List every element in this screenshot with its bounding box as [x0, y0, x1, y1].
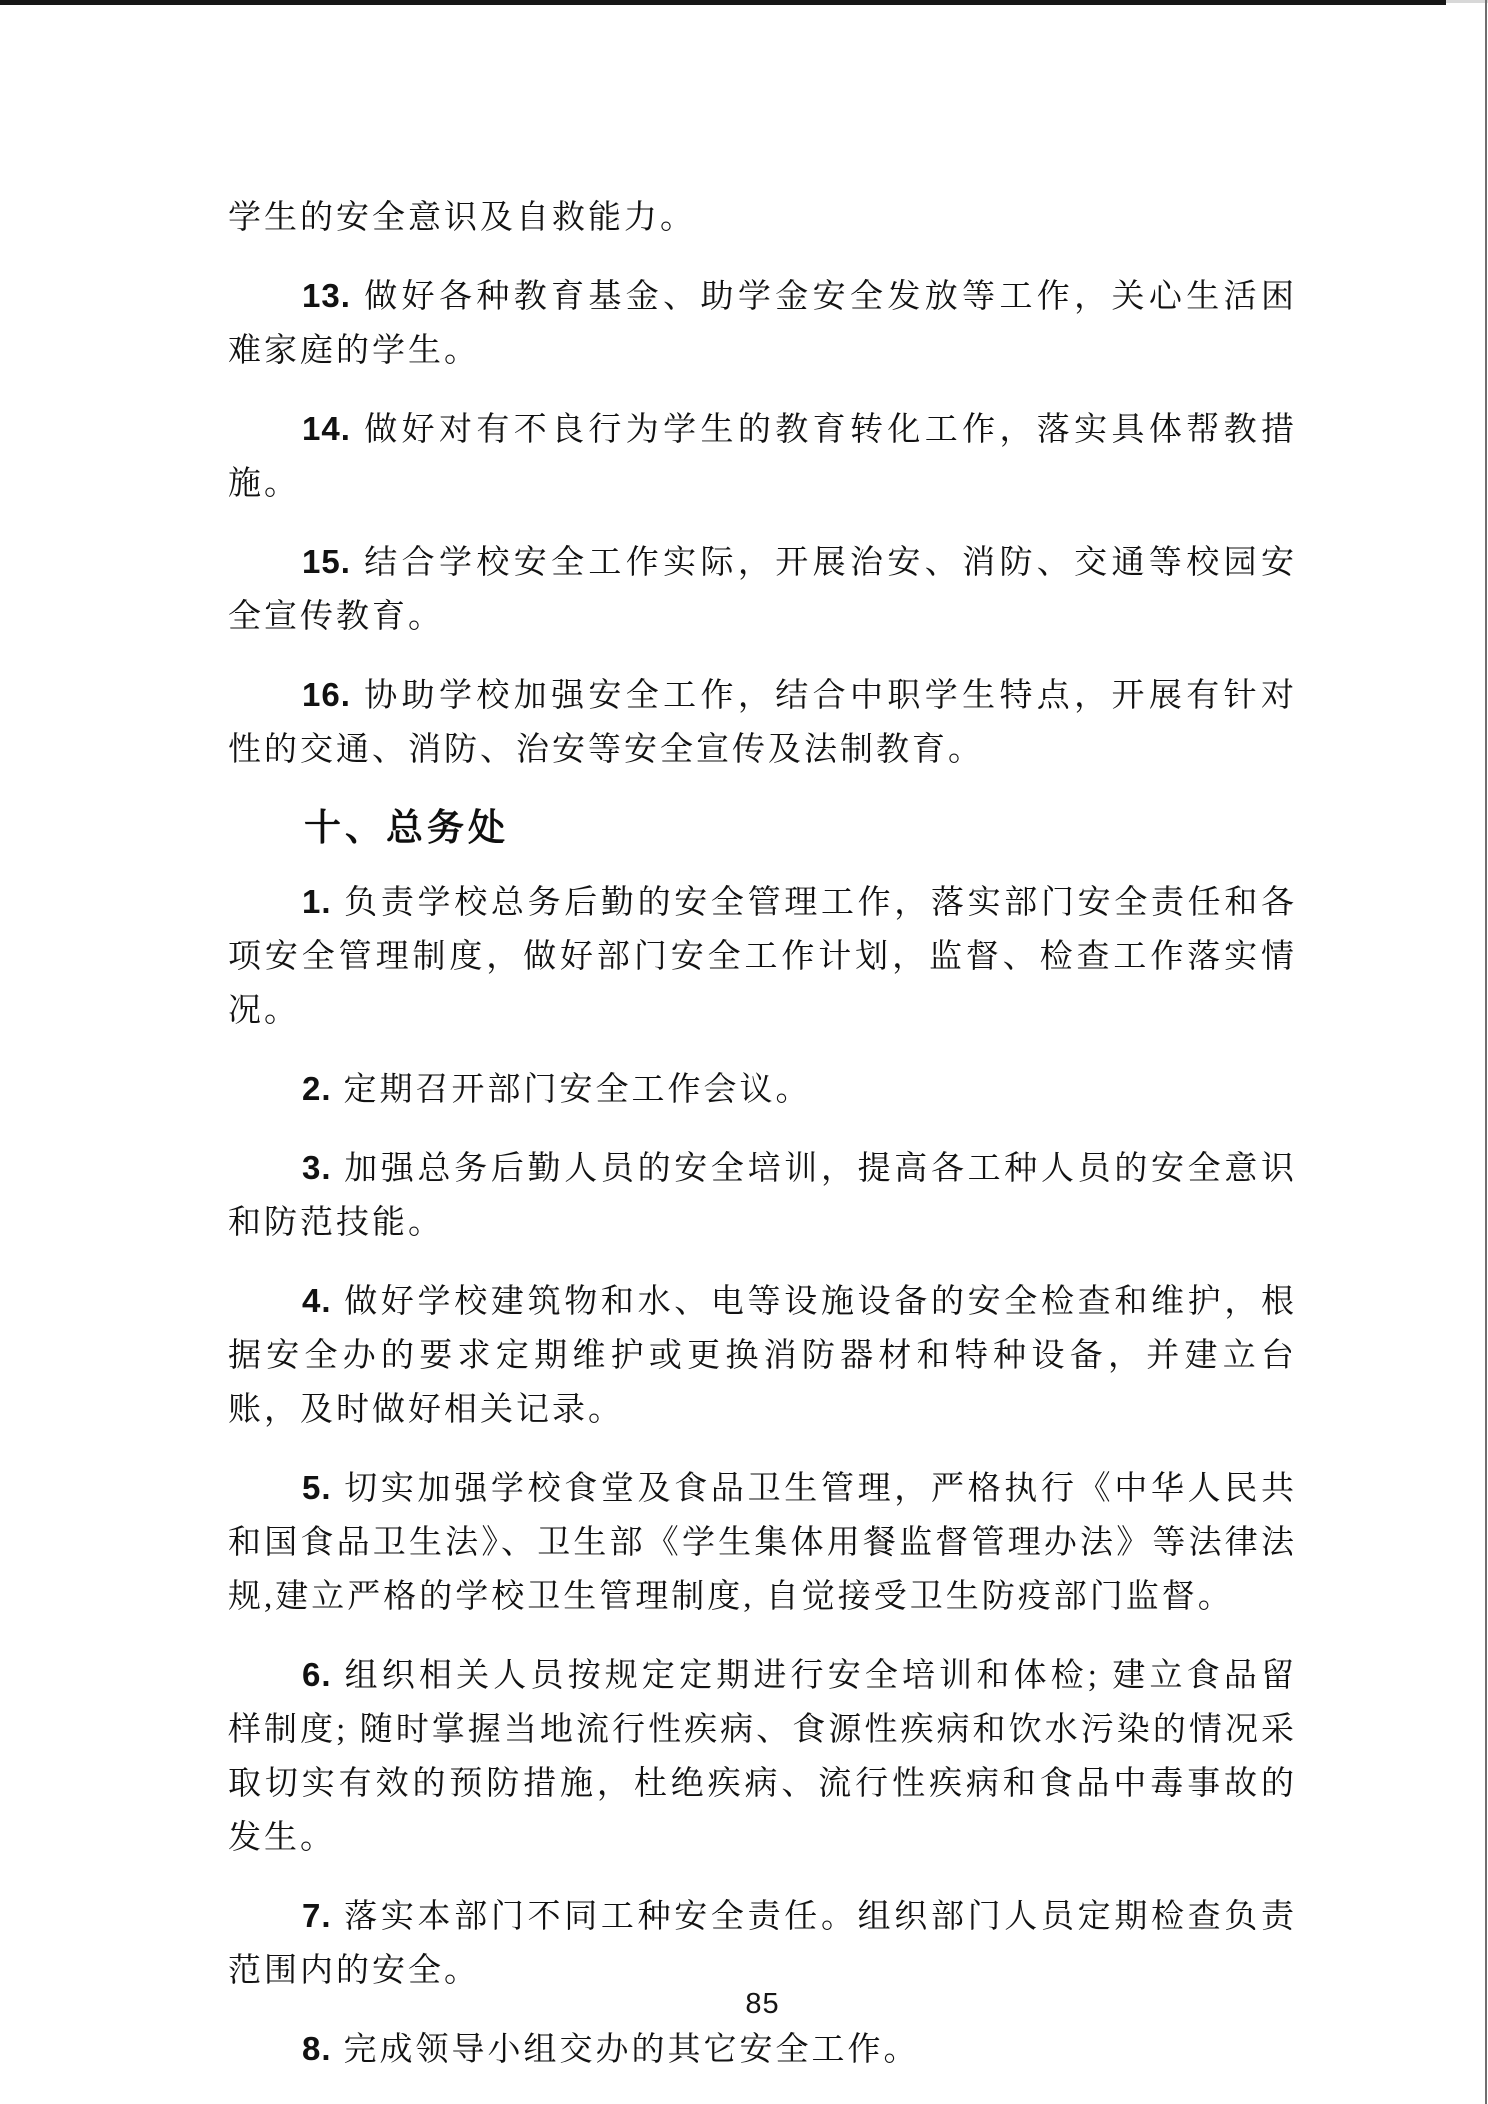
- item-number: 3.: [302, 1149, 332, 1186]
- paragraph-item-1: 1.负责学校总务后勤的安全管理工作，落实部门安全责任和各项安全管理制度，做好部门…: [228, 875, 1297, 1038]
- paragraph-item-15: 15.结合学校安全工作实际，开展治安、消防、交通等校园安全宣传教育。: [228, 535, 1297, 644]
- paragraph-continuation: 学生的安全意识及自救能力。: [228, 191, 1297, 245]
- paragraph-item-5: 5.切实加强学校食堂及食品卫生管理，严格执行《中华人民共和国食品卫生法》、卫生部…: [228, 1461, 1297, 1624]
- paragraph-item-8: 8.完成领导小组交办的其它安全工作。: [228, 2022, 1297, 2077]
- item-number: 6.: [302, 1656, 332, 1693]
- paragraph-text: 完成领导小组交办的其它安全工作。: [344, 2032, 920, 2068]
- item-number: 2.: [302, 1070, 332, 1107]
- paragraph-text: 结合学校安全工作实际，开展治安、消防、交通等校园安全宣传教育。: [228, 545, 1297, 635]
- page-footer: 85: [228, 1988, 1297, 2021]
- item-number: 14.: [302, 410, 351, 447]
- paragraph-item-2: 2.定期召开部门安全工作会议。: [228, 1062, 1297, 1117]
- item-number: 1.: [302, 883, 332, 920]
- paragraph-text: 加强总务后勤人员的安全培训，提高各工种人员的安全意识和防范技能。: [228, 1151, 1297, 1241]
- item-number: 7.: [302, 1897, 332, 1934]
- paragraph-text: 做好学校建筑物和水、电等设施设备的安全检查和维护，根据安全办的要求定期维护或更换…: [228, 1284, 1297, 1428]
- page-top-edge-faint-segment: [1446, 0, 1488, 3]
- item-number: 8.: [302, 2030, 332, 2067]
- document-content: 学生的安全意识及自救能力。 13.做好各种教育基金、助学金安全发放等工作，关心生…: [228, 191, 1297, 2101]
- paragraph-text: 协助学校加强安全工作，结合中职学生特点，开展有针对性的交通、消防、治安等安全宣传…: [228, 678, 1297, 768]
- paragraph-text: 落实本部门不同工种安全责任。组织部门人员定期检查负责范围内的安全。: [228, 1899, 1297, 1989]
- item-number: 5.: [302, 1469, 332, 1506]
- paragraph-text: 组织相关人员按规定定期进行安全培训和体检; 建立食品留样制度; 随时掌握当地流行…: [228, 1658, 1297, 1856]
- page-number: 85: [745, 1988, 779, 2020]
- page-top-edge-line: [0, 0, 1446, 5]
- paragraph-text: 学生的安全意识及自救能力。: [228, 200, 696, 236]
- section-heading: 十、总务处: [228, 801, 1297, 855]
- paragraph-text: 负责学校总务后勤的安全管理工作，落实部门安全责任和各项安全管理制度，做好部门安全…: [228, 885, 1297, 1029]
- item-number: 15.: [302, 543, 351, 580]
- paragraph-item-6: 6.组织相关人员按规定定期进行安全培训和体检; 建立食品留样制度; 随时掌握当地…: [228, 1648, 1297, 1865]
- paragraph-text: 切实加强学校食堂及食品卫生管理，严格执行《中华人民共和国食品卫生法》、卫生部《学…: [228, 1471, 1297, 1615]
- item-number: 16.: [302, 676, 351, 713]
- paragraph-item-13: 13.做好各种教育基金、助学金安全发放等工作，关心生活困难家庭的学生。: [228, 269, 1297, 378]
- paragraph-text: 定期召开部门安全工作会议。: [344, 1072, 812, 1108]
- paragraph-item-4: 4.做好学校建筑物和水、电等设施设备的安全检查和维护，根据安全办的要求定期维护或…: [228, 1274, 1297, 1437]
- paragraph-item-14: 14.做好对有不良行为学生的教育转化工作，落实具体帮教措施。: [228, 402, 1297, 511]
- paragraph-item-16: 16.协助学校加强安全工作，结合中职学生特点，开展有针对性的交通、消防、治安等安…: [228, 668, 1297, 777]
- paragraph-item-3: 3.加强总务后勤人员的安全培训，提高各工种人员的安全意识和防范技能。: [228, 1141, 1297, 1250]
- item-number: 13.: [302, 277, 351, 314]
- page-right-edge-line: [1485, 0, 1487, 2104]
- paragraph-text: 做好各种教育基金、助学金安全发放等工作，关心生活困难家庭的学生。: [228, 279, 1297, 369]
- document-page: { "page": { "background": "#ffffff", "te…: [0, 0, 1488, 2104]
- item-number: 4.: [302, 1282, 332, 1319]
- paragraph-text: 做好对有不良行为学生的教育转化工作，落实具体帮教措施。: [228, 412, 1297, 502]
- paragraph-item-7: 7.落实本部门不同工种安全责任。组织部门人员定期检查负责范围内的安全。: [228, 1889, 1297, 1998]
